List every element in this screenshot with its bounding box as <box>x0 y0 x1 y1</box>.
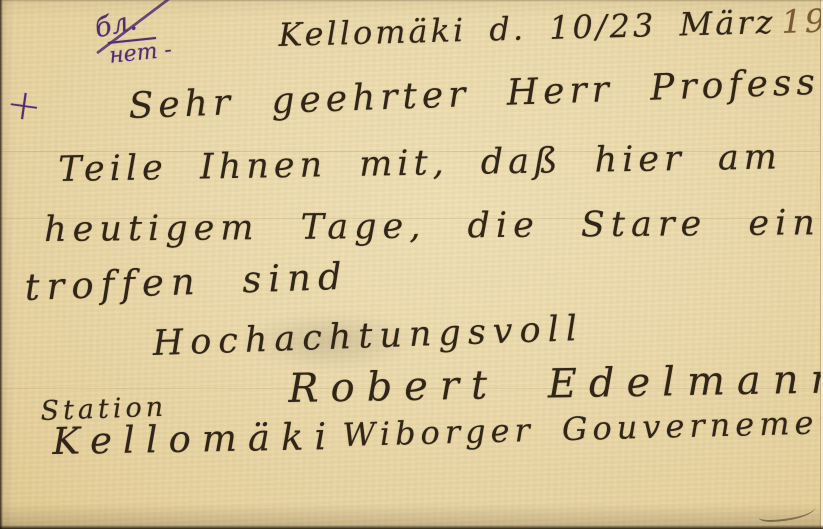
paper-edge-bottom <box>0 525 823 529</box>
dateline-year: 1913 <box>781 0 823 40</box>
bottom-right-corner-curl <box>757 501 816 523</box>
closing-line: Hochachtungsvoll <box>152 309 585 364</box>
signature-line: Robert Edelmann <box>288 356 823 412</box>
archival-cross-mark: + <box>3 78 45 131</box>
archival-note-line2: нет - <box>108 37 173 68</box>
paper-edge-top <box>0 0 823 2</box>
dateline-place-date: Kellomäki d. 10/23 März <box>278 3 776 54</box>
salutation-line: Sehr geehrter Herr Professor! <box>128 59 823 126</box>
sender-region-line: Wiborger Gouvernement <box>342 402 823 454</box>
sender-place-line: Kellomäki <box>52 415 338 463</box>
postcard-scan: бл. нет - + Kellomäki d. 10/23 März1913 … <box>0 0 823 529</box>
dateline: Kellomäki d. 10/23 März1913 <box>278 0 823 54</box>
body-line-2: heutigem Tage, die Stare einge= <box>44 202 823 250</box>
paper-edge-right <box>819 0 823 529</box>
paper-edge-left <box>0 0 3 529</box>
body-line-1: Teile Ihnen mit, daß hier am <box>58 137 782 190</box>
body-line-3: troffen sind <box>24 255 349 309</box>
archival-note-dash: - <box>156 37 173 63</box>
archival-note-word: нет <box>108 39 159 69</box>
